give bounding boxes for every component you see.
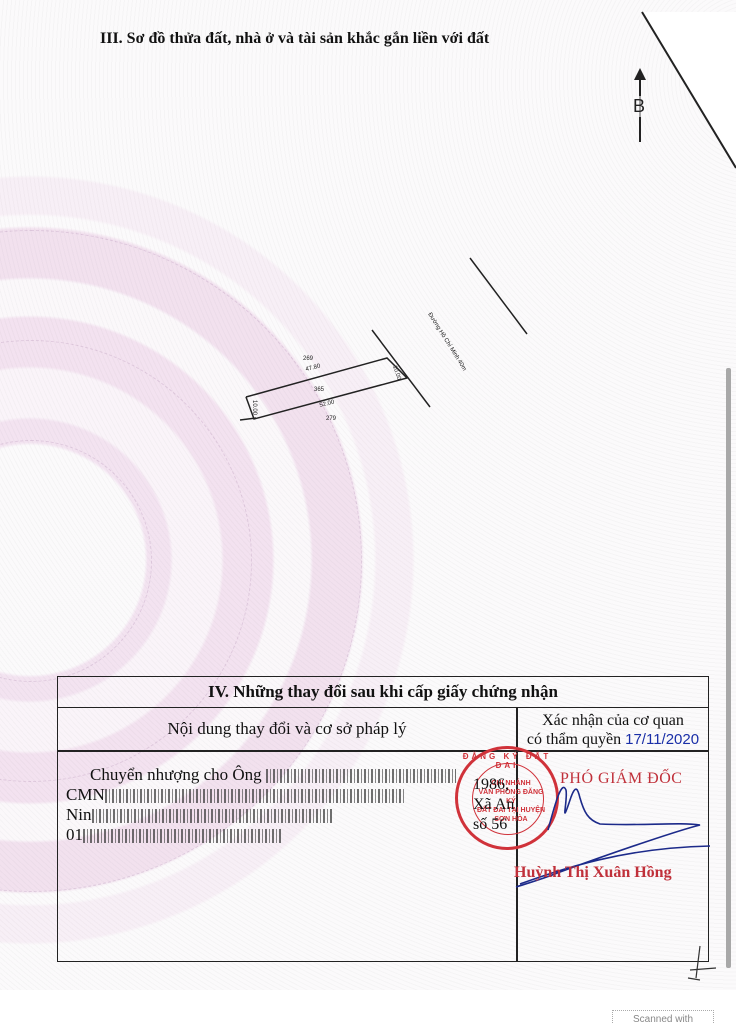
- scanned-with-badge: Scanned with: [612, 1010, 714, 1023]
- document-page: III. Sơ đồ thửa đất, nhà ở và tài sản kh…: [0, 0, 736, 990]
- scrollbar[interactable]: [726, 368, 731, 968]
- initial-mark: [0, 0, 736, 990]
